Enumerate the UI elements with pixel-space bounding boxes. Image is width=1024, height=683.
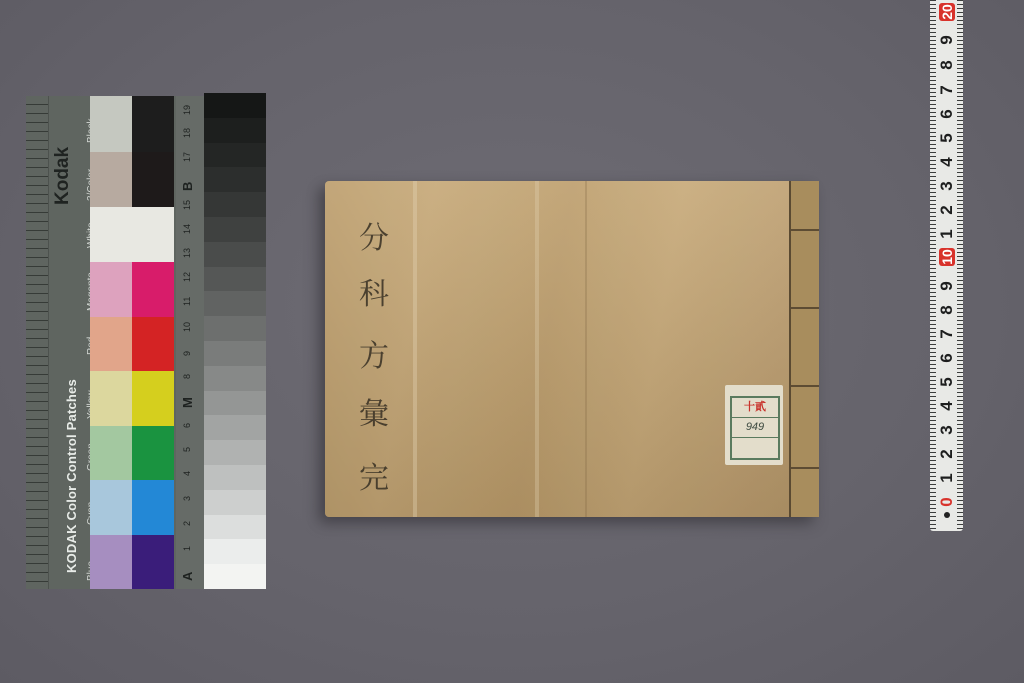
title-char: 完 <box>359 453 389 497</box>
title-char: 科 <box>359 269 389 313</box>
gray-step <box>204 539 266 564</box>
tape-number: 8 <box>937 301 957 319</box>
kodak-title: KODAK Color Control Patches <box>64 379 79 573</box>
gray-step <box>204 490 266 515</box>
gray-step <box>204 391 266 416</box>
scale-number: 3 <box>182 496 192 501</box>
bound-book: 分 科 方 彙 完 十貳 949 <box>325 181 819 517</box>
title-char: 彙 <box>359 389 389 433</box>
book-spine-binding <box>789 181 819 517</box>
swatch-magenta-light <box>90 262 132 317</box>
scale-letter-b: B <box>180 182 195 191</box>
swatch-green-light <box>90 426 132 480</box>
swatch-yellow-light <box>90 371 132 426</box>
gray-step <box>204 440 266 465</box>
scale-number: 15 <box>182 200 192 210</box>
tape-number: 9 <box>937 31 957 49</box>
swatch-cyan <box>132 480 174 535</box>
catalog-label: 十貳 949 <box>725 385 783 465</box>
gray-step <box>204 167 266 192</box>
scale-letter-m: M <box>180 397 195 408</box>
swatch-yellow <box>132 371 174 426</box>
tape-number: 5 <box>937 129 957 147</box>
scale-number: 11 <box>182 297 192 306</box>
grayscale-wedge <box>204 93 266 589</box>
tape-number: 20 <box>939 3 955 21</box>
tape-number: 9 <box>937 277 957 295</box>
swatch-cyan-light <box>90 480 132 535</box>
catalog-label-frame: 十貳 949 <box>730 396 780 460</box>
spine-segment <box>791 309 819 387</box>
tape-number: 7 <box>937 81 957 99</box>
catalog-label-category: 十貳 <box>732 398 778 418</box>
scale-number: 4 <box>182 471 192 476</box>
tape-number: 2 <box>937 201 957 219</box>
tape-number: 3 <box>937 421 957 439</box>
scale-number: 14 <box>182 224 192 234</box>
tape-number: 1 <box>937 469 957 487</box>
gray-step <box>204 93 266 118</box>
book-front-cover: 分 科 方 彙 完 十貳 949 <box>325 181 791 517</box>
swatch-blue-light <box>90 535 132 589</box>
tape-number: 8 <box>937 56 957 74</box>
tape-number: 6 <box>937 349 957 367</box>
scale-number: 1 <box>182 546 192 551</box>
scale-number: 5 <box>182 447 192 452</box>
tape-number: 1 <box>937 225 957 243</box>
gray-step <box>204 118 266 143</box>
tape-number: 5 <box>937 373 957 391</box>
spine-segment <box>791 387 819 469</box>
spine-segment <box>791 231 819 309</box>
scale-letter-a: A <box>180 572 195 581</box>
tape-number: 6 <box>937 105 957 123</box>
gray-step <box>204 217 266 242</box>
tape-number: 3 <box>937 177 957 195</box>
kodak-ruler <box>26 96 49 589</box>
tape-number: 7 <box>937 325 957 343</box>
scale-number: 9 <box>182 351 192 356</box>
swatch-black <box>132 96 174 152</box>
kodak-color-target: KODAK Color Control Patches Kodak Blue C… <box>26 93 266 589</box>
gray-step <box>204 415 266 440</box>
tape-number: 10 <box>939 248 955 266</box>
swatch-3color <box>132 152 174 207</box>
scale-number: 10 <box>182 322 192 332</box>
gray-step <box>204 291 266 316</box>
book-title-calligraphy: 分 科 方 彙 完 <box>353 213 405 493</box>
gray-step <box>204 267 266 292</box>
scale-number: 12 <box>182 272 192 282</box>
swatch-black-light <box>90 96 132 152</box>
gray-step <box>204 366 266 391</box>
swatch-green <box>132 426 174 480</box>
scale-number: 6 <box>182 423 192 428</box>
scale-number: 8 <box>182 374 192 379</box>
title-char: 方 <box>359 331 389 375</box>
gray-step <box>204 192 266 217</box>
scale-number: 2 <box>182 521 192 526</box>
tape-measure: 20 9 8 7 6 5 4 3 2 1 10 9 8 7 6 5 4 3 2 … <box>930 0 963 531</box>
swatch-blue <box>132 535 174 589</box>
tape-number: 2 <box>937 445 957 463</box>
tape-number: 4 <box>937 397 957 415</box>
gray-step <box>204 564 266 589</box>
scale-number: 17 <box>182 152 192 162</box>
catalog-label-blank <box>732 438 778 457</box>
catalog-label-number: 949 <box>732 418 778 438</box>
gray-step <box>204 242 266 267</box>
swatch-3color-light <box>90 152 132 207</box>
swatch-red <box>132 317 174 371</box>
swatch-white <box>90 207 174 262</box>
gray-step <box>204 515 266 540</box>
tape-number-zero: 0 <box>937 493 957 511</box>
kodak-brand-logo: Kodak <box>52 147 74 205</box>
swatch-magenta <box>132 262 174 317</box>
title-char: 分 <box>359 213 389 257</box>
kodak-step-scale: A 1 2 3 4 5 6 M 8 9 10 11 12 13 14 15 B … <box>176 96 204 589</box>
gray-step <box>204 316 266 341</box>
scale-number: 19 <box>182 105 192 115</box>
tape-end-dot <box>944 512 950 518</box>
tape-number: 4 <box>937 153 957 171</box>
swatch-red-light <box>90 317 132 371</box>
spine-segment <box>791 181 819 231</box>
scale-number: 18 <box>182 128 192 138</box>
gray-step <box>204 341 266 366</box>
gray-step <box>204 143 266 168</box>
gray-step <box>204 465 266 490</box>
scale-number: 13 <box>182 248 192 258</box>
